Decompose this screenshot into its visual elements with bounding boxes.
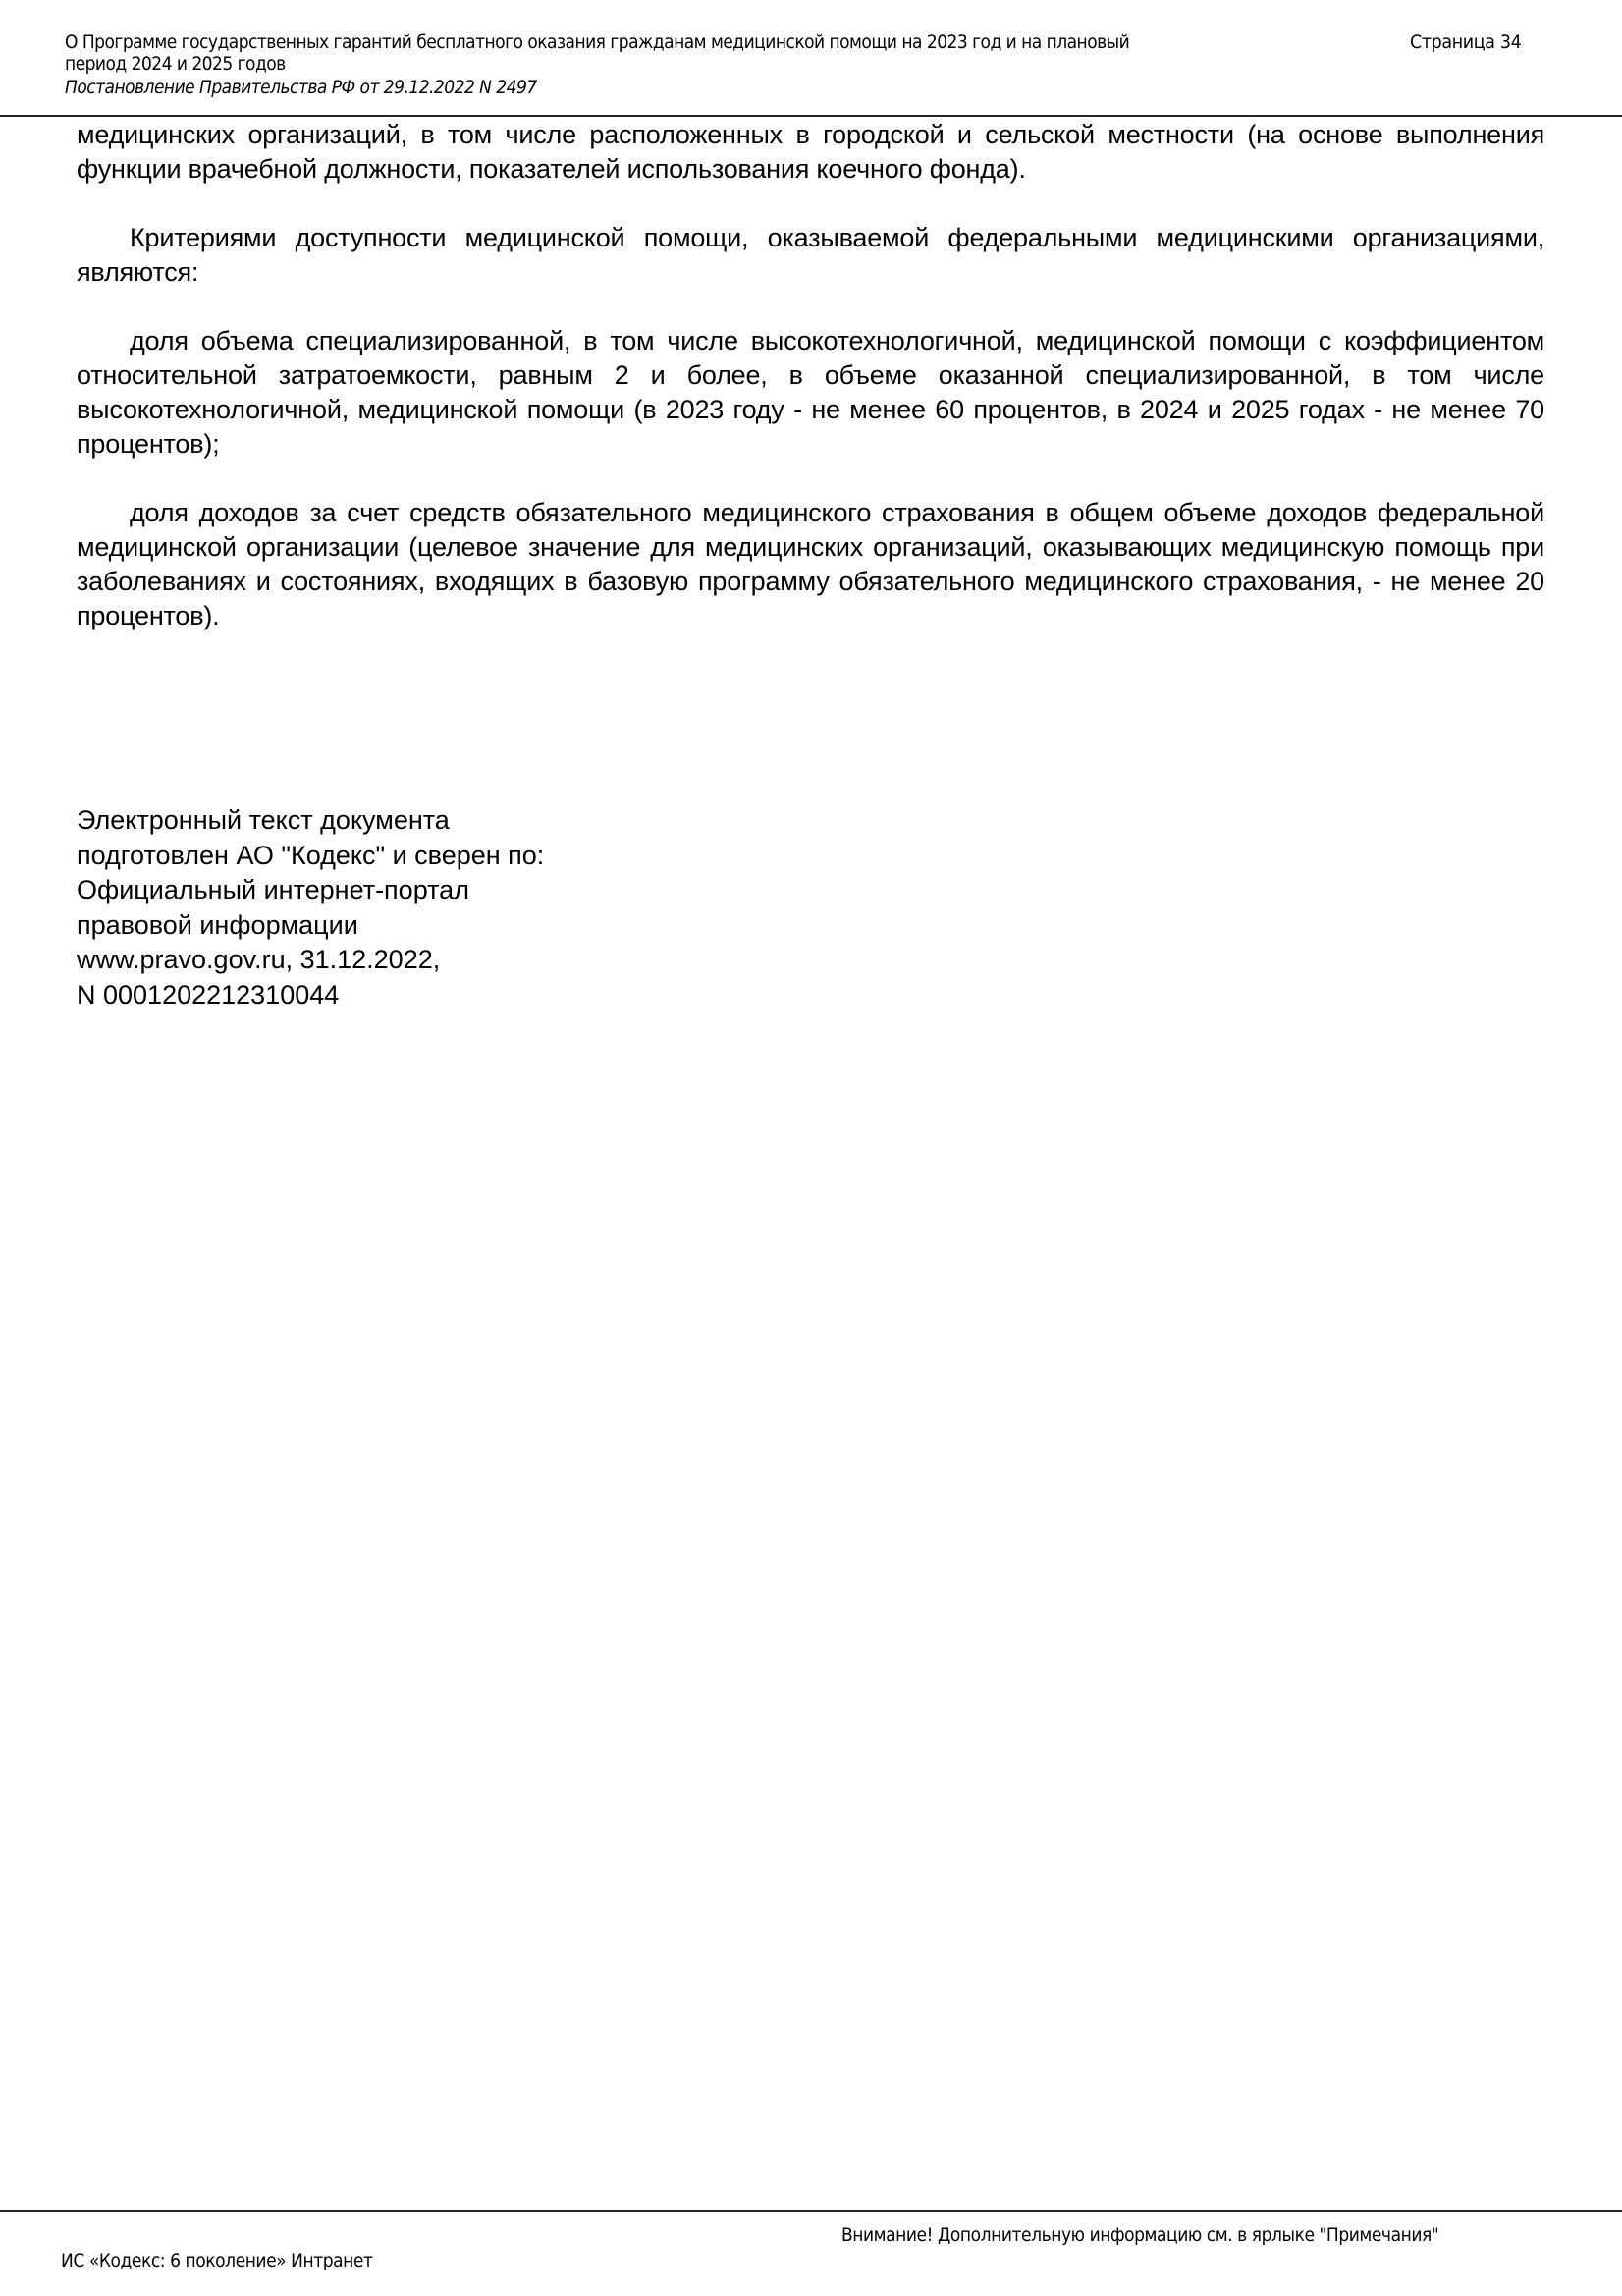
source-note-line: Официальный интернет-портал — [77, 873, 544, 908]
document-title: О Программе государственных гарантий бес… — [65, 31, 1240, 75]
footer-system-name: ИС «Кодекс: 6 поколение» Интранет — [61, 2250, 373, 2271]
source-note-line: www.pravo.gov.ru, 31.12.2022, — [77, 943, 544, 978]
document-title-line: период 2024 и 2025 годов — [65, 53, 1240, 75]
footer-divider — [0, 2210, 1622, 2212]
source-note-line: N 0001202212310044 — [77, 978, 544, 1013]
paragraph: Критериями доступности медицинской помощ… — [77, 221, 1544, 290]
document-title-line: О Программе государственных гарантий бес… — [65, 31, 1240, 53]
document-body: медицинских организаций, в том числе рас… — [77, 118, 1544, 668]
page-number: Страница 34 — [1410, 31, 1521, 53]
source-note-line: Электронный текст документа — [77, 803, 544, 839]
footer-notice: Внимание! Дополнительную информацию см. … — [841, 2224, 1438, 2246]
document-subtitle: Постановление Правительства РФ от 29.12.… — [65, 77, 537, 98]
paragraph: доля объема специализированной, в том чи… — [77, 324, 1544, 462]
paragraph: медицинских организаций, в том числе рас… — [77, 118, 1544, 187]
source-note: Электронный текст документа подготовлен … — [77, 803, 544, 1012]
source-note-line: правовой информации — [77, 908, 544, 944]
paragraph: доля доходов за счет средств обязательно… — [77, 496, 1544, 633]
header-divider — [0, 115, 1622, 117]
source-note-line: подготовлен АО "Кодекс" и сверен по: — [77, 839, 544, 874]
page-header: О Программе государственных гарантий бес… — [0, 0, 1622, 116]
